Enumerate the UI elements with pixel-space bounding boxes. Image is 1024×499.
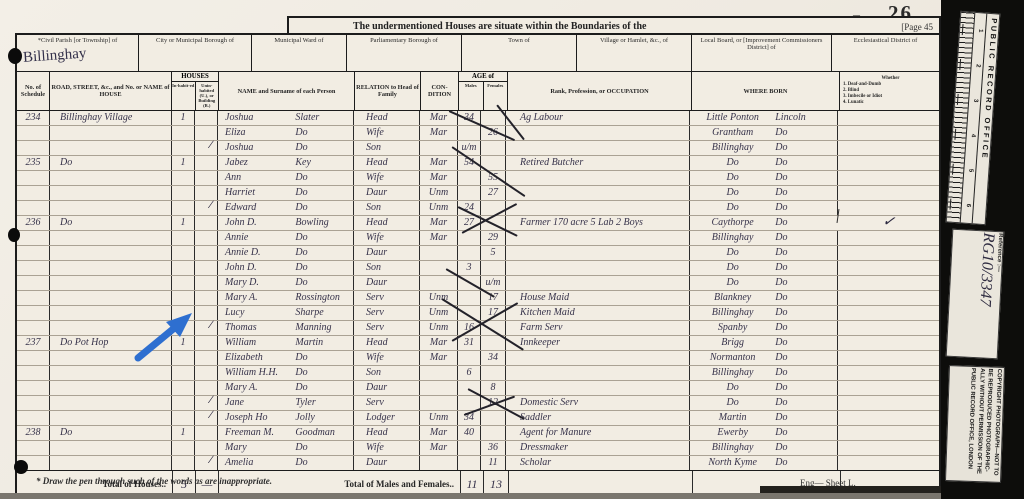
cell-name: ∕∕ThomasManning (217, 321, 353, 335)
cell-age_m: 16 (457, 321, 480, 335)
cell-schedule (17, 351, 49, 365)
column-header-row: No. of Schedule ROAD, STREET, &c., and N… (17, 72, 939, 111)
cell-occupation: Retired Butcher (505, 156, 689, 170)
cell-condition (419, 276, 457, 290)
cell-road (49, 171, 171, 185)
header-age-group: AGE of Males Females (458, 72, 507, 110)
cell-dis (837, 186, 939, 200)
cell-occupation (505, 381, 689, 395)
cell-age_f (480, 366, 505, 380)
cell-name: HarrietDo (217, 186, 353, 200)
hole-punch-mark (8, 48, 22, 64)
cell-relation: Head (353, 156, 419, 170)
cell-road (49, 276, 171, 290)
cell-schedule (17, 291, 49, 305)
cell-dis (837, 381, 939, 395)
cell-name: AnnieDo (217, 231, 353, 245)
local-board-box: Local Board, or [Improvement Commissione… (691, 35, 831, 71)
cell-schedule (17, 186, 49, 200)
cell-dis (837, 231, 939, 245)
cell-relation: Wife (353, 351, 419, 365)
cell-relation: Daur (353, 186, 419, 200)
cell-road (49, 231, 171, 245)
cell-age_f: 11 (480, 456, 505, 470)
cell-condition: Mar (419, 441, 457, 455)
cell-occupation: Agent for Manure (505, 426, 689, 440)
cell-born: DoDo (689, 156, 837, 170)
cell-relation: Daur (353, 246, 419, 260)
cell-uninhabited (194, 141, 217, 155)
header-disability-line: 4. Lunatic (843, 100, 938, 106)
cell-occupation (505, 141, 689, 155)
cell-born: BlankneyDo (689, 291, 837, 305)
cell-born: Little PontonLincoln (689, 111, 837, 125)
cell-occupation (505, 351, 689, 365)
cell-relation: Wife (353, 231, 419, 245)
cell-name: WilliamMartin (217, 336, 353, 350)
cell-age_f: u/m (480, 276, 505, 290)
cell-age_m (457, 291, 480, 305)
cell-schedule (17, 126, 49, 140)
cell-name: Freeman M.Goodman (217, 426, 353, 440)
header-inhabited: In-habit-ed (172, 82, 195, 110)
cell-uninhabited (194, 366, 217, 380)
cell-uninhabited (194, 261, 217, 275)
cell-relation: Wife (353, 441, 419, 455)
cell-uninhabited (194, 186, 217, 200)
hole-punch-mark (8, 228, 20, 242)
cell-inhabited (171, 126, 194, 140)
cell-age_m: 3 (457, 261, 480, 275)
cell-name: ∕∕EdwardDo (217, 201, 353, 215)
cell-name: MaryDo (217, 441, 353, 455)
cell-road (49, 201, 171, 215)
cell-age_f: 5 (480, 246, 505, 260)
cell-schedule (17, 231, 49, 245)
cell-born: NormantonDo (689, 351, 837, 365)
cell-age_f: 8 (480, 381, 505, 395)
cell-inhabited (171, 171, 194, 185)
census-table: *Civil Parish [or Township] of Billingha… (15, 33, 941, 499)
cell-uninhabited (194, 231, 217, 245)
census-row: ∕∕Joseph HoJollyLodgerUnm34SaddlerMartin… (17, 411, 939, 426)
cell-occupation (505, 231, 689, 245)
cell-schedule (17, 441, 49, 455)
cell-born: BillinghayDo (689, 366, 837, 380)
census-page: – 26 The undermentioned Houses are situa… (0, 0, 941, 493)
reference-area: Reference :— RG10/3347 (946, 229, 1005, 360)
cell-dis (837, 171, 939, 185)
cell-condition: Unm (419, 411, 457, 425)
cell-age_m (457, 351, 480, 365)
cell-dis (837, 411, 939, 425)
cell-inhabited (171, 201, 194, 215)
cell-relation: Head (353, 216, 419, 230)
cell-occupation (505, 201, 689, 215)
census-row: AnnieDoWifeMar29BillinghayDo (17, 231, 939, 246)
town-box: Town of (461, 35, 576, 71)
census-row: ElizaDoWifeMar26GranthamDo (17, 126, 939, 141)
municipal-ward-box: Municipal Ward of (251, 35, 346, 71)
cell-schedule: 238 (17, 426, 49, 440)
header-disability: Whether 1. Deaf-and-Dumb 2. Blind 3. Imb… (839, 72, 939, 110)
cell-condition: Unm (419, 186, 457, 200)
cell-uninhabited (194, 276, 217, 290)
cell-schedule (17, 276, 49, 290)
cell-uninhabited (194, 441, 217, 455)
ruler-number: 1 (962, 24, 998, 37)
cell-born: DoDo (689, 261, 837, 275)
cell-age_f: 36 (480, 441, 505, 455)
cell-inhabited (171, 246, 194, 260)
header-name: NAME and Surname of each Person (218, 72, 354, 110)
cell-born: SpanbyDo (689, 321, 837, 335)
cell-born: DoDo (689, 396, 837, 410)
cell-occupation: Scholar (505, 456, 689, 470)
cell-name: JoshuaSlater (217, 111, 353, 125)
header-schedule: No. of Schedule (17, 72, 49, 110)
cell-condition (419, 396, 457, 410)
cell-schedule (17, 396, 49, 410)
cell-dis (837, 441, 939, 455)
cell-schedule (17, 321, 49, 335)
header-occupation: Rank, Profession, or OCCUPATION (507, 72, 691, 110)
cell-occupation: Ag Labour (505, 111, 689, 125)
cell-occupation (505, 261, 689, 275)
cell-occupation: Domestic Serv (505, 396, 689, 410)
cell-age_m (457, 456, 480, 470)
cell-road (49, 291, 171, 305)
cell-occupation: Farm Serv (505, 321, 689, 335)
cell-road: Do (49, 156, 171, 170)
cell-relation: Serv (353, 306, 419, 320)
cell-name: AnnDo (217, 171, 353, 185)
cell-born: DoDo (689, 246, 837, 260)
cell-inhabited (171, 411, 194, 425)
cell-age_m (457, 186, 480, 200)
cell-condition: Mar (419, 426, 457, 440)
cell-born: MartinDo (689, 411, 837, 425)
cell-relation: Son (353, 261, 419, 275)
cell-age_f (480, 336, 505, 350)
cell-inhabited (171, 276, 194, 290)
ruler-number: 5 (952, 164, 988, 177)
cell-name: Annie D.Do (217, 246, 353, 260)
header-houses: HOUSES (172, 72, 218, 82)
census-row: MaryDoWifeMar36DressmakerBillinghayDo (17, 441, 939, 456)
cell-age_m (457, 126, 480, 140)
cell-road (49, 441, 171, 455)
cell-name: ∕∕JaneTyler (217, 396, 353, 410)
cell-dis (837, 246, 939, 260)
cell-name: Mary D.Do (217, 276, 353, 290)
ruler-number: 6 (950, 199, 986, 212)
cell-condition: Mar (419, 231, 457, 245)
cell-relation: Wife (353, 126, 419, 140)
copyright-stamp: COPYRIGHT PHOTOGRAPH—NOT TO BE REPRODUCE… (945, 365, 1005, 483)
cell-schedule: 236 (17, 216, 49, 230)
cell-schedule (17, 246, 49, 260)
cell-born: CaythorpeDo (689, 216, 837, 230)
cell-dis (837, 396, 939, 410)
civil-parish-box: *Civil Parish [or Township] of Billingha… (17, 35, 138, 71)
cell-inhabited (171, 261, 194, 275)
cell-road (49, 246, 171, 260)
cell-born: BriggDo (689, 336, 837, 350)
hole-punch-mark (14, 460, 28, 474)
cell-born: North KymeDo (689, 456, 837, 470)
cell-name: JabezKey (217, 156, 353, 170)
census-scan: – 26 The undermentioned Houses are situa… (0, 0, 1024, 499)
ruler-number: 3 (957, 94, 993, 107)
cell-schedule: 235 (17, 156, 49, 170)
cell-age_m (457, 306, 480, 320)
cell-occupation: House Maid (505, 291, 689, 305)
cell-uninhabited (194, 216, 217, 230)
cell-schedule (17, 411, 49, 425)
cell-condition: Unm (419, 306, 457, 320)
cell-age_f: 27 (480, 186, 505, 200)
cell-age_m: 6 (457, 366, 480, 380)
cell-schedule: 237 (17, 336, 49, 350)
cell-road (49, 381, 171, 395)
cell-road: Do (49, 216, 171, 230)
cell-inhabited (171, 186, 194, 200)
cell-condition: Unm (419, 201, 457, 215)
cell-born: DoDo (689, 186, 837, 200)
cell-name: Mary A.Do (217, 381, 353, 395)
cell-uninhabited (194, 456, 217, 470)
census-row: HarrietDoDaurUnm27DoDo (17, 186, 939, 201)
cell-dis (837, 291, 939, 305)
cell-dis (837, 426, 939, 440)
header-condition: CON-DITION (420, 72, 458, 110)
cell-uninhabited (194, 246, 217, 260)
cell-condition (419, 366, 457, 380)
cell-born: BillinghayDo (689, 441, 837, 455)
cell-age_m: 31 (457, 336, 480, 350)
cell-relation: Son (353, 366, 419, 380)
header-born: WHERE BORN (691, 72, 839, 110)
ecclesiastical-district-box: Ecclesiastical District of (831, 35, 939, 71)
cell-relation: Daur (353, 381, 419, 395)
cell-dis (837, 456, 939, 470)
ruler-number: 4 (954, 129, 990, 142)
ruler-number: 2 (959, 59, 995, 72)
cell-schedule (17, 171, 49, 185)
cell-road (49, 261, 171, 275)
cell-age_m: 40 (457, 426, 480, 440)
cell-dis (837, 141, 939, 155)
cell-occupation (505, 186, 689, 200)
cell-relation: Daur (353, 456, 419, 470)
cell-dis (837, 366, 939, 380)
cell-road (49, 456, 171, 470)
cell-born: BillinghayDo (689, 141, 837, 155)
cell-born: DoDo (689, 201, 837, 215)
cell-age_f (480, 411, 505, 425)
cell-born: BillinghayDo (689, 306, 837, 320)
cell-dis (837, 276, 939, 290)
cell-name: John D.Do (217, 261, 353, 275)
cell-inhabited (171, 366, 194, 380)
cell-age_f: 17 (480, 291, 505, 305)
cell-inhabited: 1 (171, 111, 194, 125)
cell-relation: Serv (353, 396, 419, 410)
cell-name: ∕∕Joseph HoJolly (217, 411, 353, 425)
cell-condition: Mar (419, 171, 457, 185)
cell-occupation (505, 126, 689, 140)
cell-dis (837, 156, 939, 170)
film-strip: 1 2 3 4 5 6 PUBLIC RECORD OFFICE Referen… (941, 0, 1024, 499)
census-row: ∕∕EdwardDoSonUnm24DoDo (17, 201, 939, 216)
cell-road (49, 126, 171, 140)
cell-uninhabited (194, 396, 217, 410)
cell-road: Billinghay Village (49, 111, 171, 125)
page-bottom-edge (0, 493, 941, 499)
cell-condition: Mar (419, 216, 457, 230)
cell-name: ElizabethDo (217, 351, 353, 365)
footnote: * Draw the pen through such of the words… (36, 476, 272, 486)
cell-relation: Son (353, 201, 419, 215)
civil-parish-label: *Civil Parish [or Township] of (38, 37, 118, 44)
village-hamlet-box: Village or Hamlet, &c., of (576, 35, 691, 71)
cell-inhabited: 1 (171, 216, 194, 230)
cell-schedule (17, 366, 49, 380)
cell-age_m (457, 396, 480, 410)
cell-dis (837, 261, 939, 275)
cell-name: ElizaDo (217, 126, 353, 140)
banner-text: The undermentioned Houses are situate wi… (289, 21, 901, 32)
census-row: 238Do1Freeman M.GoodmanHeadMar40Agent fo… (17, 426, 939, 441)
cell-inhabited (171, 291, 194, 305)
cell-inhabited: 1 (171, 156, 194, 170)
cell-relation: Serv (353, 291, 419, 305)
cell-dis (837, 351, 939, 365)
cell-relation: Serv (353, 321, 419, 335)
cell-road (49, 141, 171, 155)
census-row: ∕∕JoshuaDoSonu/mBillinghayDo (17, 141, 939, 156)
cell-inhabited (171, 231, 194, 245)
cell-name: Mary A.Rossington (217, 291, 353, 305)
cell-schedule (17, 141, 49, 155)
city-borough-box: City or Municipal Borough of (138, 35, 251, 71)
cell-age_f (480, 426, 505, 440)
cell-schedule (17, 381, 49, 395)
location-header-row: *Civil Parish [or Township] of Billingha… (17, 35, 939, 72)
parliamentary-borough-box: Parliamentary Borough of (346, 35, 461, 71)
cell-relation: Head (353, 336, 419, 350)
header-uninhabited: Unin-habited (U.), or Building (B.) (195, 82, 219, 110)
cell-uninhabited (194, 201, 217, 215)
cell-age_f: 34 (480, 351, 505, 365)
cell-age_f (480, 261, 505, 275)
cell-occupation: Farmer 170 acre 5 Lab 2 Boys (505, 216, 689, 230)
cell-uninhabited (194, 126, 217, 140)
cell-age_m (457, 246, 480, 260)
cell-name: John D.Bowling (217, 216, 353, 230)
cell-born: DoDo (689, 171, 837, 185)
cell-road (49, 366, 171, 380)
page-ref: [Page 45 (901, 22, 939, 32)
cell-born: EwerbyDo (689, 426, 837, 440)
cell-condition (419, 456, 457, 470)
census-row: William H.H.DoSon6BillinghayDo (17, 366, 939, 381)
cell-schedule (17, 201, 49, 215)
cell-road (49, 411, 171, 425)
cell-inhabited: 1 (171, 426, 194, 440)
cell-condition: Mar (419, 336, 457, 350)
cell-age_m (457, 441, 480, 455)
header-relation: RELATION to Head of Family (354, 72, 420, 110)
cell-occupation (505, 276, 689, 290)
cell-occupation (505, 366, 689, 380)
cell-relation: Head (353, 426, 419, 440)
cell-age_m (457, 171, 480, 185)
cell-uninhabited (194, 171, 217, 185)
cell-condition (419, 381, 457, 395)
cell-name: ∕∕JoshuaDo (217, 141, 353, 155)
cell-relation: Daur (353, 276, 419, 290)
header-houses-group: HOUSES In-habit-ed Unin-habited (U.), or… (171, 72, 218, 110)
header-age: AGE of (459, 72, 507, 82)
cell-born: DoDo (689, 381, 837, 395)
cell-name: William H.H.Do (217, 366, 353, 380)
cell-uninhabited (194, 111, 217, 125)
cell-relation: Wife (353, 171, 419, 185)
cell-dis (837, 111, 939, 125)
cell-age_f (480, 141, 505, 155)
cell-dis (837, 321, 939, 335)
census-row: AnnDoWifeMar55DoDo (17, 171, 939, 186)
cell-uninhabited (194, 411, 217, 425)
cell-age_f: 29 (480, 231, 505, 245)
cell-condition (419, 246, 457, 260)
cell-born: GranthamDo (689, 126, 837, 140)
header-males: Males (459, 82, 483, 110)
cell-relation: Head (353, 111, 419, 125)
cell-age_m (457, 231, 480, 245)
census-row: John D.DoSon3DoDo (17, 261, 939, 276)
cell-occupation: Kitchen Maid (505, 306, 689, 320)
cell-uninhabited (194, 291, 217, 305)
cell-inhabited (171, 141, 194, 155)
annotation-arrow (130, 310, 200, 365)
cell-occupation: Saddler (505, 411, 689, 425)
cell-relation: Son (353, 141, 419, 155)
cell-occupation: Dressmaker (505, 441, 689, 455)
cell-born: DoDo (689, 276, 837, 290)
cell-condition: Unm (419, 321, 457, 335)
header-road: ROAD, STREET, &c., and No. or NAME of HO… (49, 72, 171, 110)
cell-inhabited (171, 441, 194, 455)
cell-relation: Lodger (353, 411, 419, 425)
cell-dis (837, 126, 939, 140)
cell-name: ∕∕AmeliaDo (217, 456, 353, 470)
cell-road (49, 186, 171, 200)
cell-dis (837, 336, 939, 350)
cell-road: Do (49, 426, 171, 440)
census-row: Annie D.DoDaur5DoDo (17, 246, 939, 261)
cell-condition: Mar (419, 126, 457, 140)
cell-schedule (17, 261, 49, 275)
cell-name: LucySharpe (217, 306, 353, 320)
cell-uninhabited (194, 156, 217, 170)
cell-uninhabited (194, 381, 217, 395)
cell-uninhabited (194, 426, 217, 440)
cell-condition: Mar (419, 351, 457, 365)
cell-inhabited (171, 456, 194, 470)
